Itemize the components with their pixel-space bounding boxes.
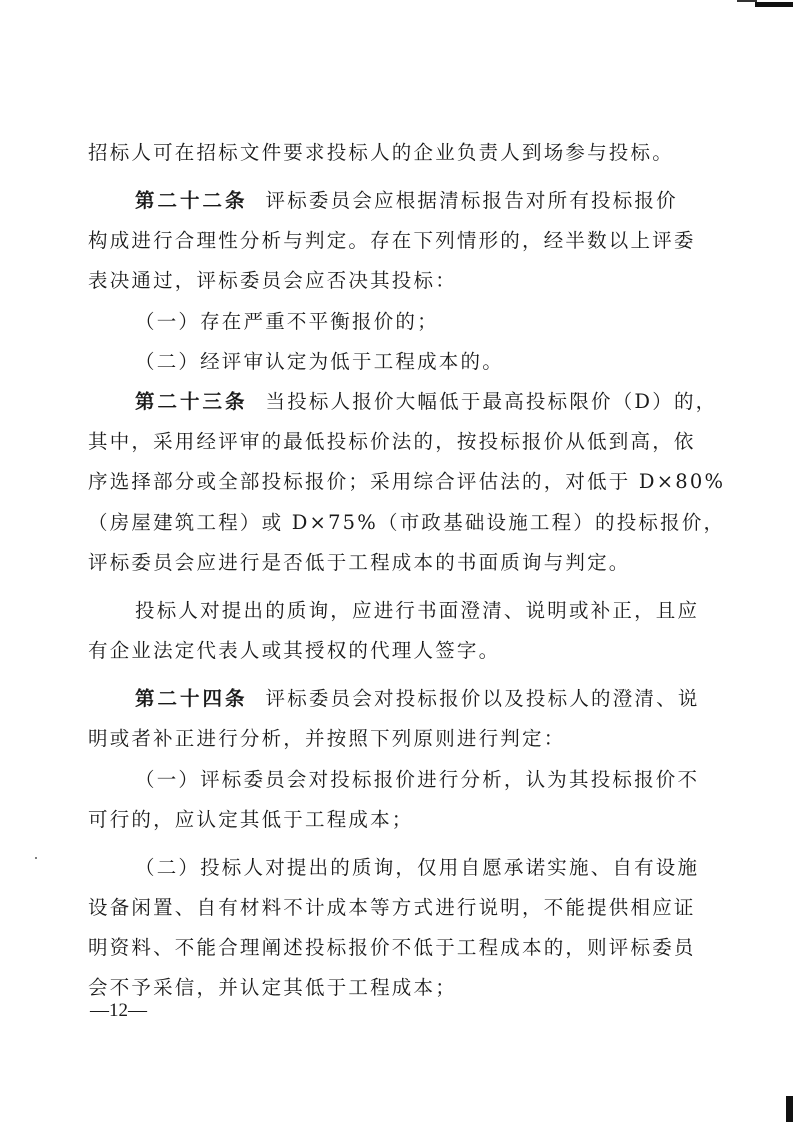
paragraph-line: 评标委员会应进行是否低于工程成本的书面质询与判定。	[88, 551, 688, 575]
paragraph-line: 可行的，应认定其低于工程成本；	[88, 808, 688, 832]
paragraph-line: 会不予采信，并认定其低于工程成本；	[88, 976, 688, 1000]
scan-edge-mark	[737, 0, 757, 2]
paragraph-line: 招标人可在招标文件要求投标人的企业负责人到场参与投标。	[88, 141, 688, 165]
article-24-line: 第二十四条评标委员会对投标报价以及投标人的澄清、说	[135, 687, 735, 711]
paragraph-text: 当投标人报价大幅低于最高投标限价（D）的，	[266, 390, 718, 413]
scan-edge-mark	[755, 2, 793, 7]
paragraph-line: （房屋建筑工程）或 D×75%（市政基础设施工程）的投标报价，	[88, 511, 688, 535]
list-item: （二）经评审认定为低于工程成本的。	[135, 350, 735, 374]
list-item: （一）评标委员会对投标报价进行分析，认为其投标报价不	[135, 768, 735, 792]
list-item: （二）投标人对提出的质询，仅用自愿承诺实施、自有设施	[135, 856, 735, 880]
paragraph-line: 构成进行合理性分析与判定。存在下列情形的，经半数以上评委	[88, 229, 688, 253]
paragraph-line: 序选择部分或全部投标报价；采用综合评估法的，对低于 D×80%	[88, 470, 688, 494]
document-page: 招标人可在招标文件要求投标人的企业负责人到场参与投标。 第二十二条评标委员会应根…	[0, 0, 793, 1122]
article-heading: 第二十二条	[135, 189, 248, 212]
paragraph-line: 表决通过，评标委员会应否决其投标：	[88, 269, 688, 293]
paragraph-line: 投标人对提出的质询，应进行书面澄清、说明或补正，且应	[135, 599, 735, 623]
scan-speck	[35, 857, 37, 859]
paragraph-line: 设备闲置、自有材料不计成本等方式进行说明，不能提供相应证	[88, 896, 688, 920]
paragraph-line: 明或者补正进行分析，并按照下列原则进行判定：	[88, 727, 688, 751]
article-22-line: 第二十二条评标委员会应根据清标报告对所有投标报价	[135, 189, 735, 213]
paragraph-text: 评标委员会对投标报价以及投标人的澄清、说	[266, 687, 700, 710]
article-23-line: 第二十三条当投标人报价大幅低于最高投标限价（D）的，	[135, 390, 735, 414]
scan-edge-mark	[786, 1096, 793, 1122]
list-item: （一）存在严重不平衡报价的；	[135, 310, 735, 334]
paragraph-line: 明资料、不能合理阐述投标报价不低于工程成本的，则评标委员	[88, 936, 688, 960]
article-heading: 第二十四条	[135, 687, 248, 710]
paragraph-line: 其中，采用经评审的最低投标价法的，按投标报价从低到高，依	[88, 430, 688, 454]
page-number: —12—	[90, 1000, 147, 1022]
paragraph-text: 评标委员会应根据清标报告对所有投标报价	[266, 189, 678, 212]
paragraph-line: 有企业法定代表人或其授权的代理人签字。	[88, 639, 688, 663]
article-heading: 第二十三条	[135, 390, 248, 413]
